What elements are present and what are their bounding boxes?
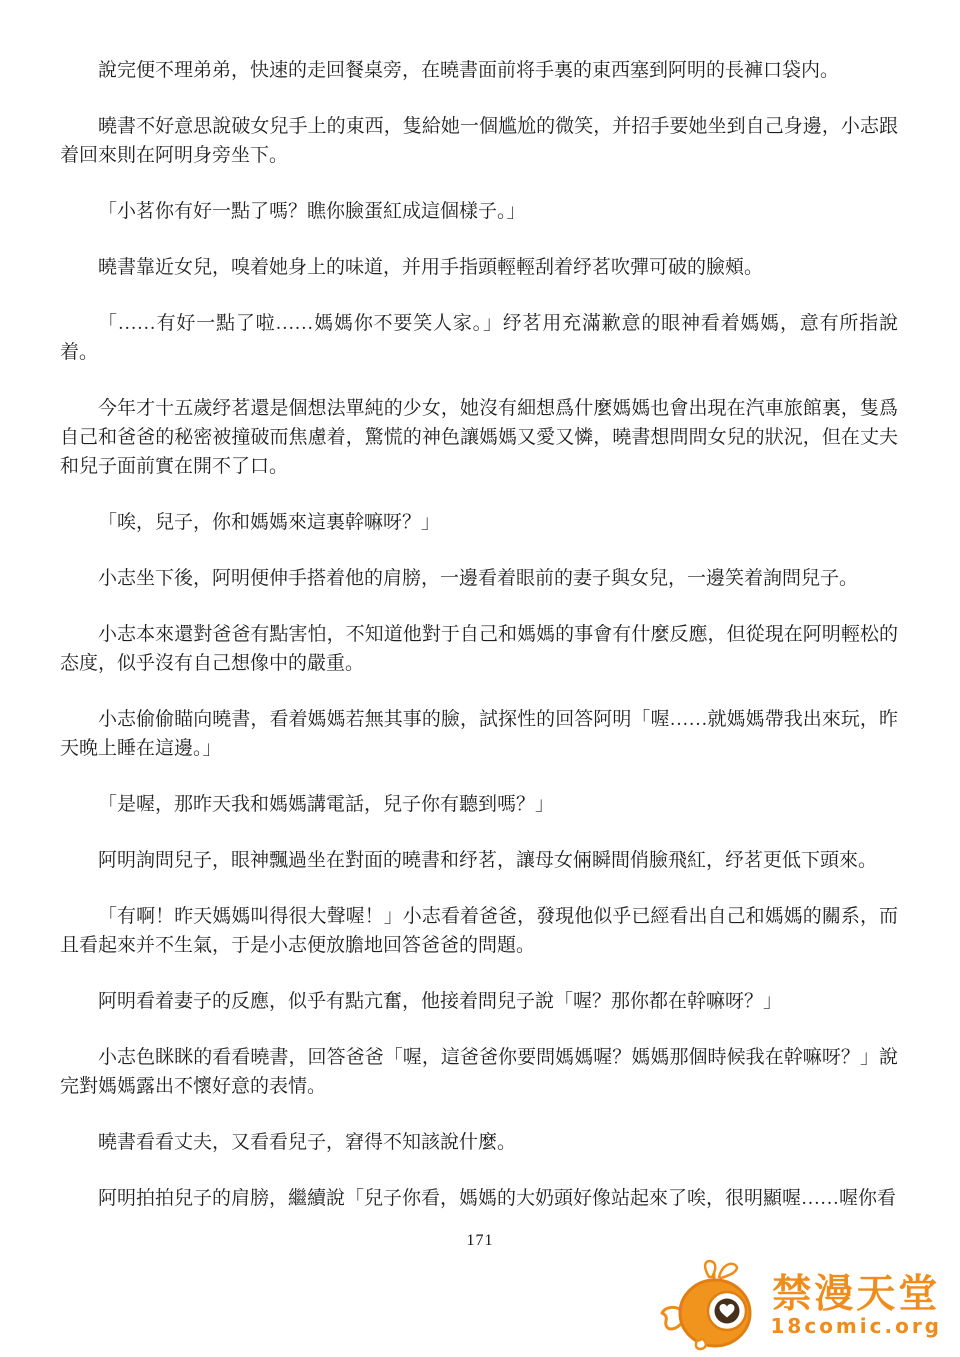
mascot-whale-icon xyxy=(657,1259,769,1351)
watermark-logo[interactable]: 禁漫天堂 18comic.org xyxy=(657,1259,943,1351)
paragraph: 小志本來還對爸爸有點害怕，不知道他對于自己和媽媽的事會有什麼反應，但從現在阿明輕… xyxy=(60,620,898,678)
paragraph: 曉書靠近女兒，嗅着她身上的味道，并用手指頭輕輕刮着纾茗吹彈可破的臉頰。 xyxy=(60,253,898,282)
brand-text-block: 禁漫天堂 18comic.org xyxy=(771,1275,943,1336)
paragraph: 阿明拍拍兒子的肩膀，繼續說「兒子你看，媽媽的大奶頭好像站起來了唉，很明顯喔……喔… xyxy=(60,1184,898,1213)
document-text-body: 說完便不理弟弟，快速的走回餐桌旁，在曉書面前将手裏的東西塞到阿明的長褲口袋内。 … xyxy=(60,56,898,1240)
paragraph: 今年才十五歲纾茗還是個想法單純的少女，她沒有細想爲什麼媽媽也會出現在汽車旅館裏，… xyxy=(60,394,898,481)
page-number: 171 xyxy=(0,1232,960,1250)
brand-name: 禁漫天堂 xyxy=(772,1275,940,1314)
paragraph: 「唉，兒子，你和媽媽來這裏幹嘛呀？」 xyxy=(60,508,898,537)
paragraph: 小志坐下後，阿明便伸手搭着他的肩膀，一邊看着眼前的妻子與女兒，一邊笑着詢問兒子。 xyxy=(60,564,898,593)
paragraph: 小志偷偷瞄向曉書，看着媽媽若無其事的臉，試探性的回答阿明「喔……就媽媽帶我出來玩… xyxy=(60,705,898,763)
paragraph: 曉書看看丈夫，又看看兒子，窘得不知該說什麼。 xyxy=(60,1128,898,1157)
paragraph: 阿明看着妻子的反應，似乎有點亢奮，他接着問兒子說「喔？那你都在幹嘛呀？」 xyxy=(60,987,898,1016)
paragraph: 說完便不理弟弟，快速的走回餐桌旁，在曉書面前将手裏的東西塞到阿明的長褲口袋内。 xyxy=(60,56,898,85)
paragraph: 小志色眯眯的看看曉書，回答爸爸「喔，這爸爸你要問媽媽喔？媽媽那個時候我在幹嘛呀？… xyxy=(60,1043,898,1101)
brand-url: 18comic.org xyxy=(771,1316,943,1336)
paragraph: 「小茗你有好一點了嗎？瞧你臉蛋紅成這個樣子。」 xyxy=(60,197,898,226)
paragraph: 阿明詢問兒子，眼神飄過坐在對面的曉書和纾茗，讓母女倆瞬間俏臉飛紅，纾茗更低下頭來… xyxy=(60,846,898,875)
paragraph: 「……有好一點了啦……媽媽你不要笑人家。」纾茗用充滿歉意的眼神看着媽媽，意有所指… xyxy=(60,309,898,367)
paragraph: 「是喔，那昨天我和媽媽講電話，兒子你有聽到嗎？」 xyxy=(60,790,898,819)
paragraph: 曉書不好意思說破女兒手上的東西，隻給她一個尴尬的微笑，并招手要她坐到自己身邊，小… xyxy=(60,112,898,170)
paragraph: 「有啊！昨天媽媽叫得很大聲喔！」小志看着爸爸，發現他似乎已經看出自己和媽媽的關系… xyxy=(60,902,898,960)
